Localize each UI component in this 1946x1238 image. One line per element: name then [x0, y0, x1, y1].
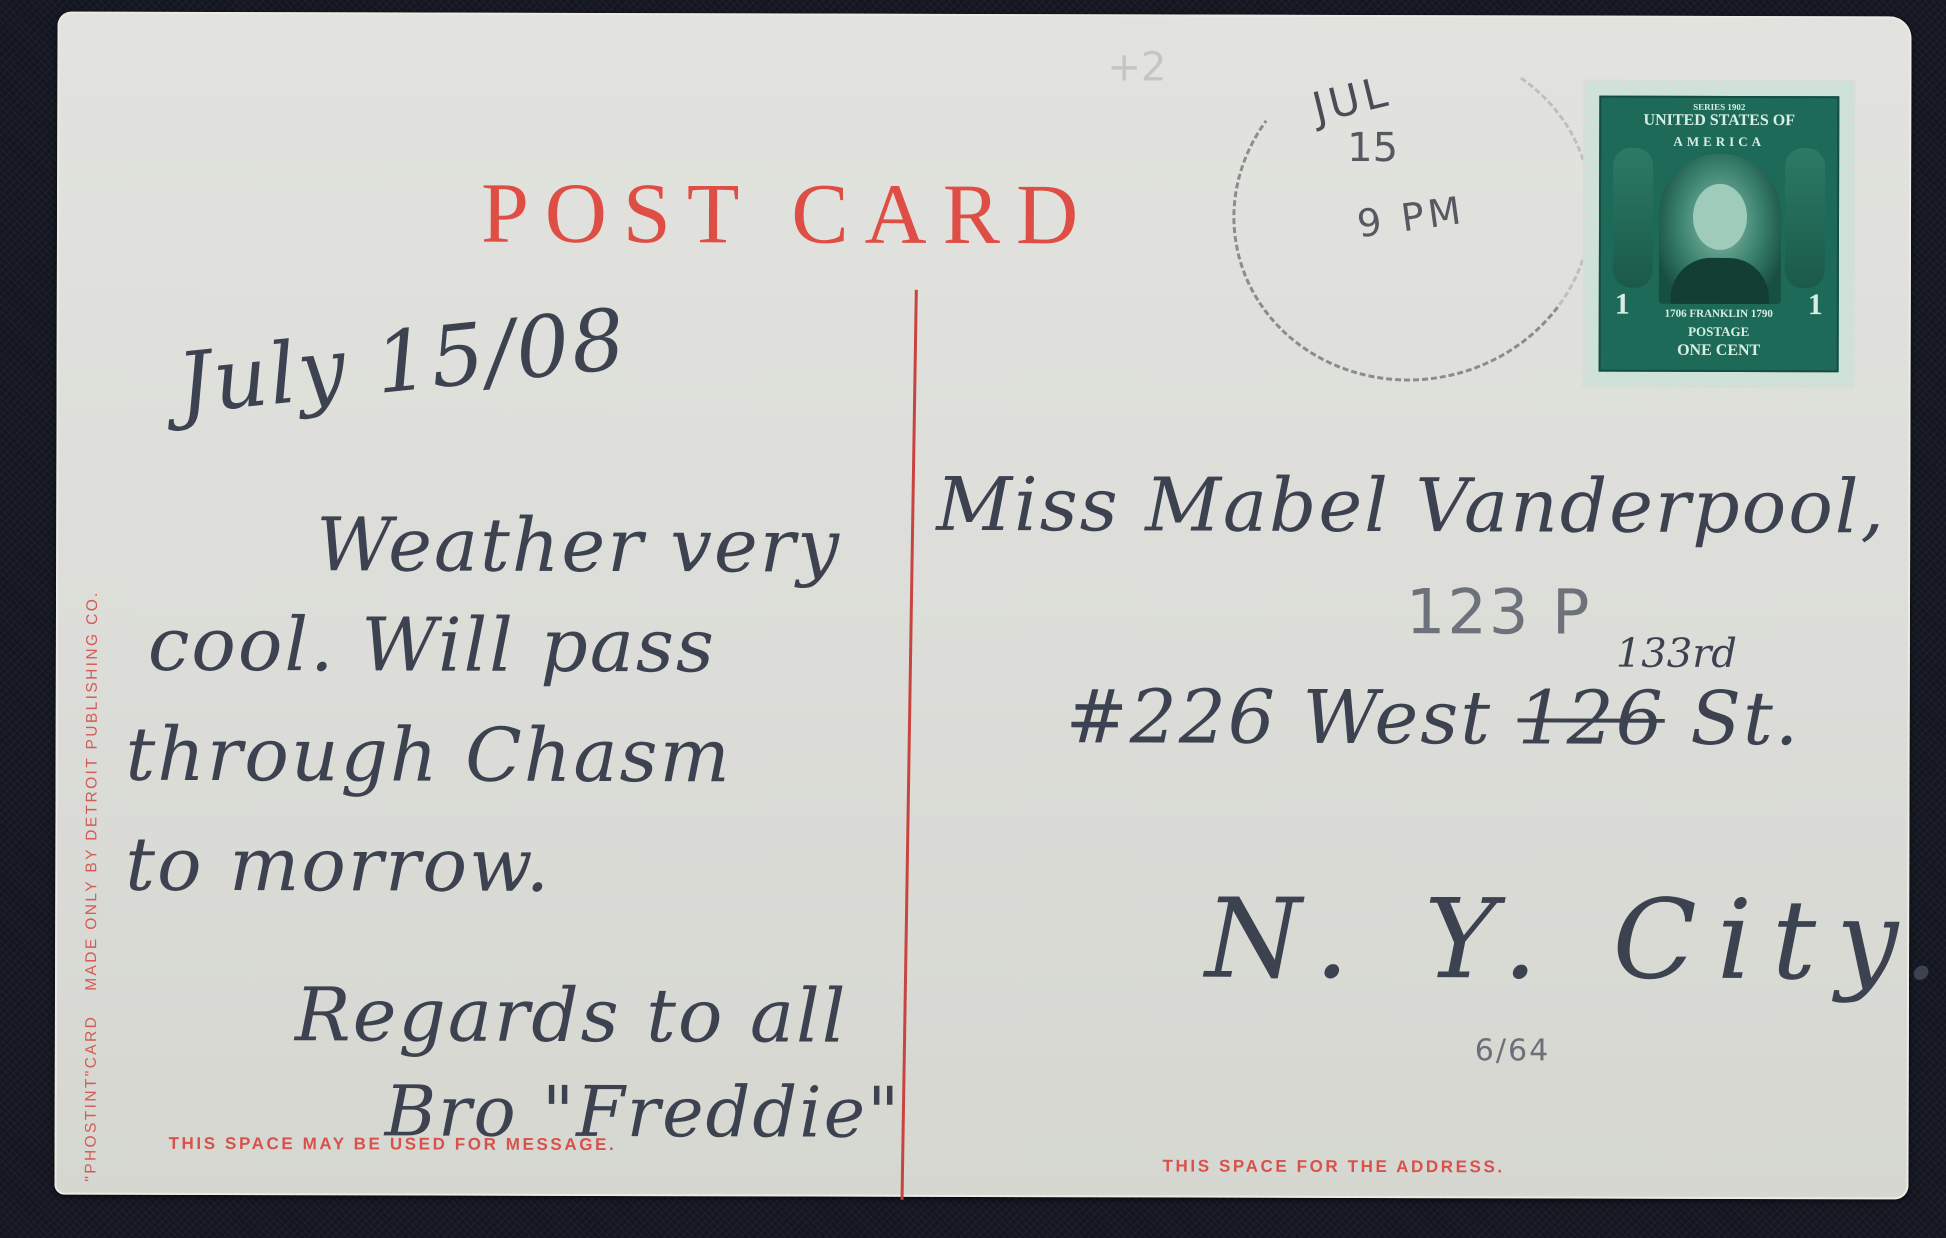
caryatid-right-icon [1785, 148, 1825, 288]
message-line: cool. Will pass [148, 602, 716, 689]
stamp-postage: POSTAGE [1601, 324, 1837, 341]
street-correction: 133rd [1616, 631, 1737, 677]
recipient-name: Miss Mabel Vanderpool, [936, 462, 1886, 550]
franklin-one-cent-stamp: SERIES 1902 UNITED STATES OF AMERICA 1 1… [1583, 80, 1856, 389]
caryatid-left-icon [1613, 148, 1653, 288]
address-correction: 123 P [1406, 575, 1592, 648]
pencil-note: 6/64 [1475, 1033, 1550, 1068]
maker-text: MADE ONLY BY DETROIT PUBLISHING CO. [83, 590, 101, 991]
post-card-title: POST CARD [481, 163, 1094, 265]
stamp-value-text: ONE CENT [1601, 342, 1837, 361]
address-area-label: THIS SPACE FOR THE ADDRESS. [1163, 1156, 1505, 1177]
message-date: July 15/08 [173, 290, 632, 433]
brand-text: "PHOSTINT"CARD [82, 1015, 99, 1182]
franklin-portrait-icon [1659, 154, 1781, 304]
center-divider-line [901, 290, 918, 1200]
message-area-label: THIS SPACE MAY BE USED FOR MESSAGE. [169, 1134, 617, 1155]
message-line: through Chasm [125, 712, 731, 800]
street-suffix: St. [1690, 676, 1800, 762]
message-line: to morrow. [125, 822, 551, 909]
portrait-coat [1671, 258, 1769, 304]
stamp-subject: 1706 FRANKLIN 1790 [1601, 308, 1837, 321]
stamp-series: SERIES 1902 [1601, 102, 1837, 113]
pencil-mark: +2 [1107, 44, 1166, 90]
street-prefix: #226 West [1066, 674, 1493, 761]
postcard: POST CARD "PHOSTINT"CARDMADE ONLY BY DET… [54, 12, 1911, 1200]
postmark-day: 15 [1347, 125, 1398, 171]
stamp-design: SERIES 1902 UNITED STATES OF AMERICA 1 1… [1599, 96, 1840, 373]
message-line: Regards to all [295, 972, 848, 1059]
street-address: #226 West 126 St. [1066, 674, 1801, 762]
stamp-country: UNITED STATES OF [1601, 112, 1837, 131]
struck-street-number: 126 [1517, 675, 1664, 761]
portrait-face [1693, 184, 1747, 250]
recipient-city: N. Y. City. [1205, 875, 1946, 1005]
message-line: Weather very [316, 502, 841, 589]
publisher-imprint: "PHOSTINT"CARDMADE ONLY BY DETROIT PUBLI… [82, 590, 102, 1182]
